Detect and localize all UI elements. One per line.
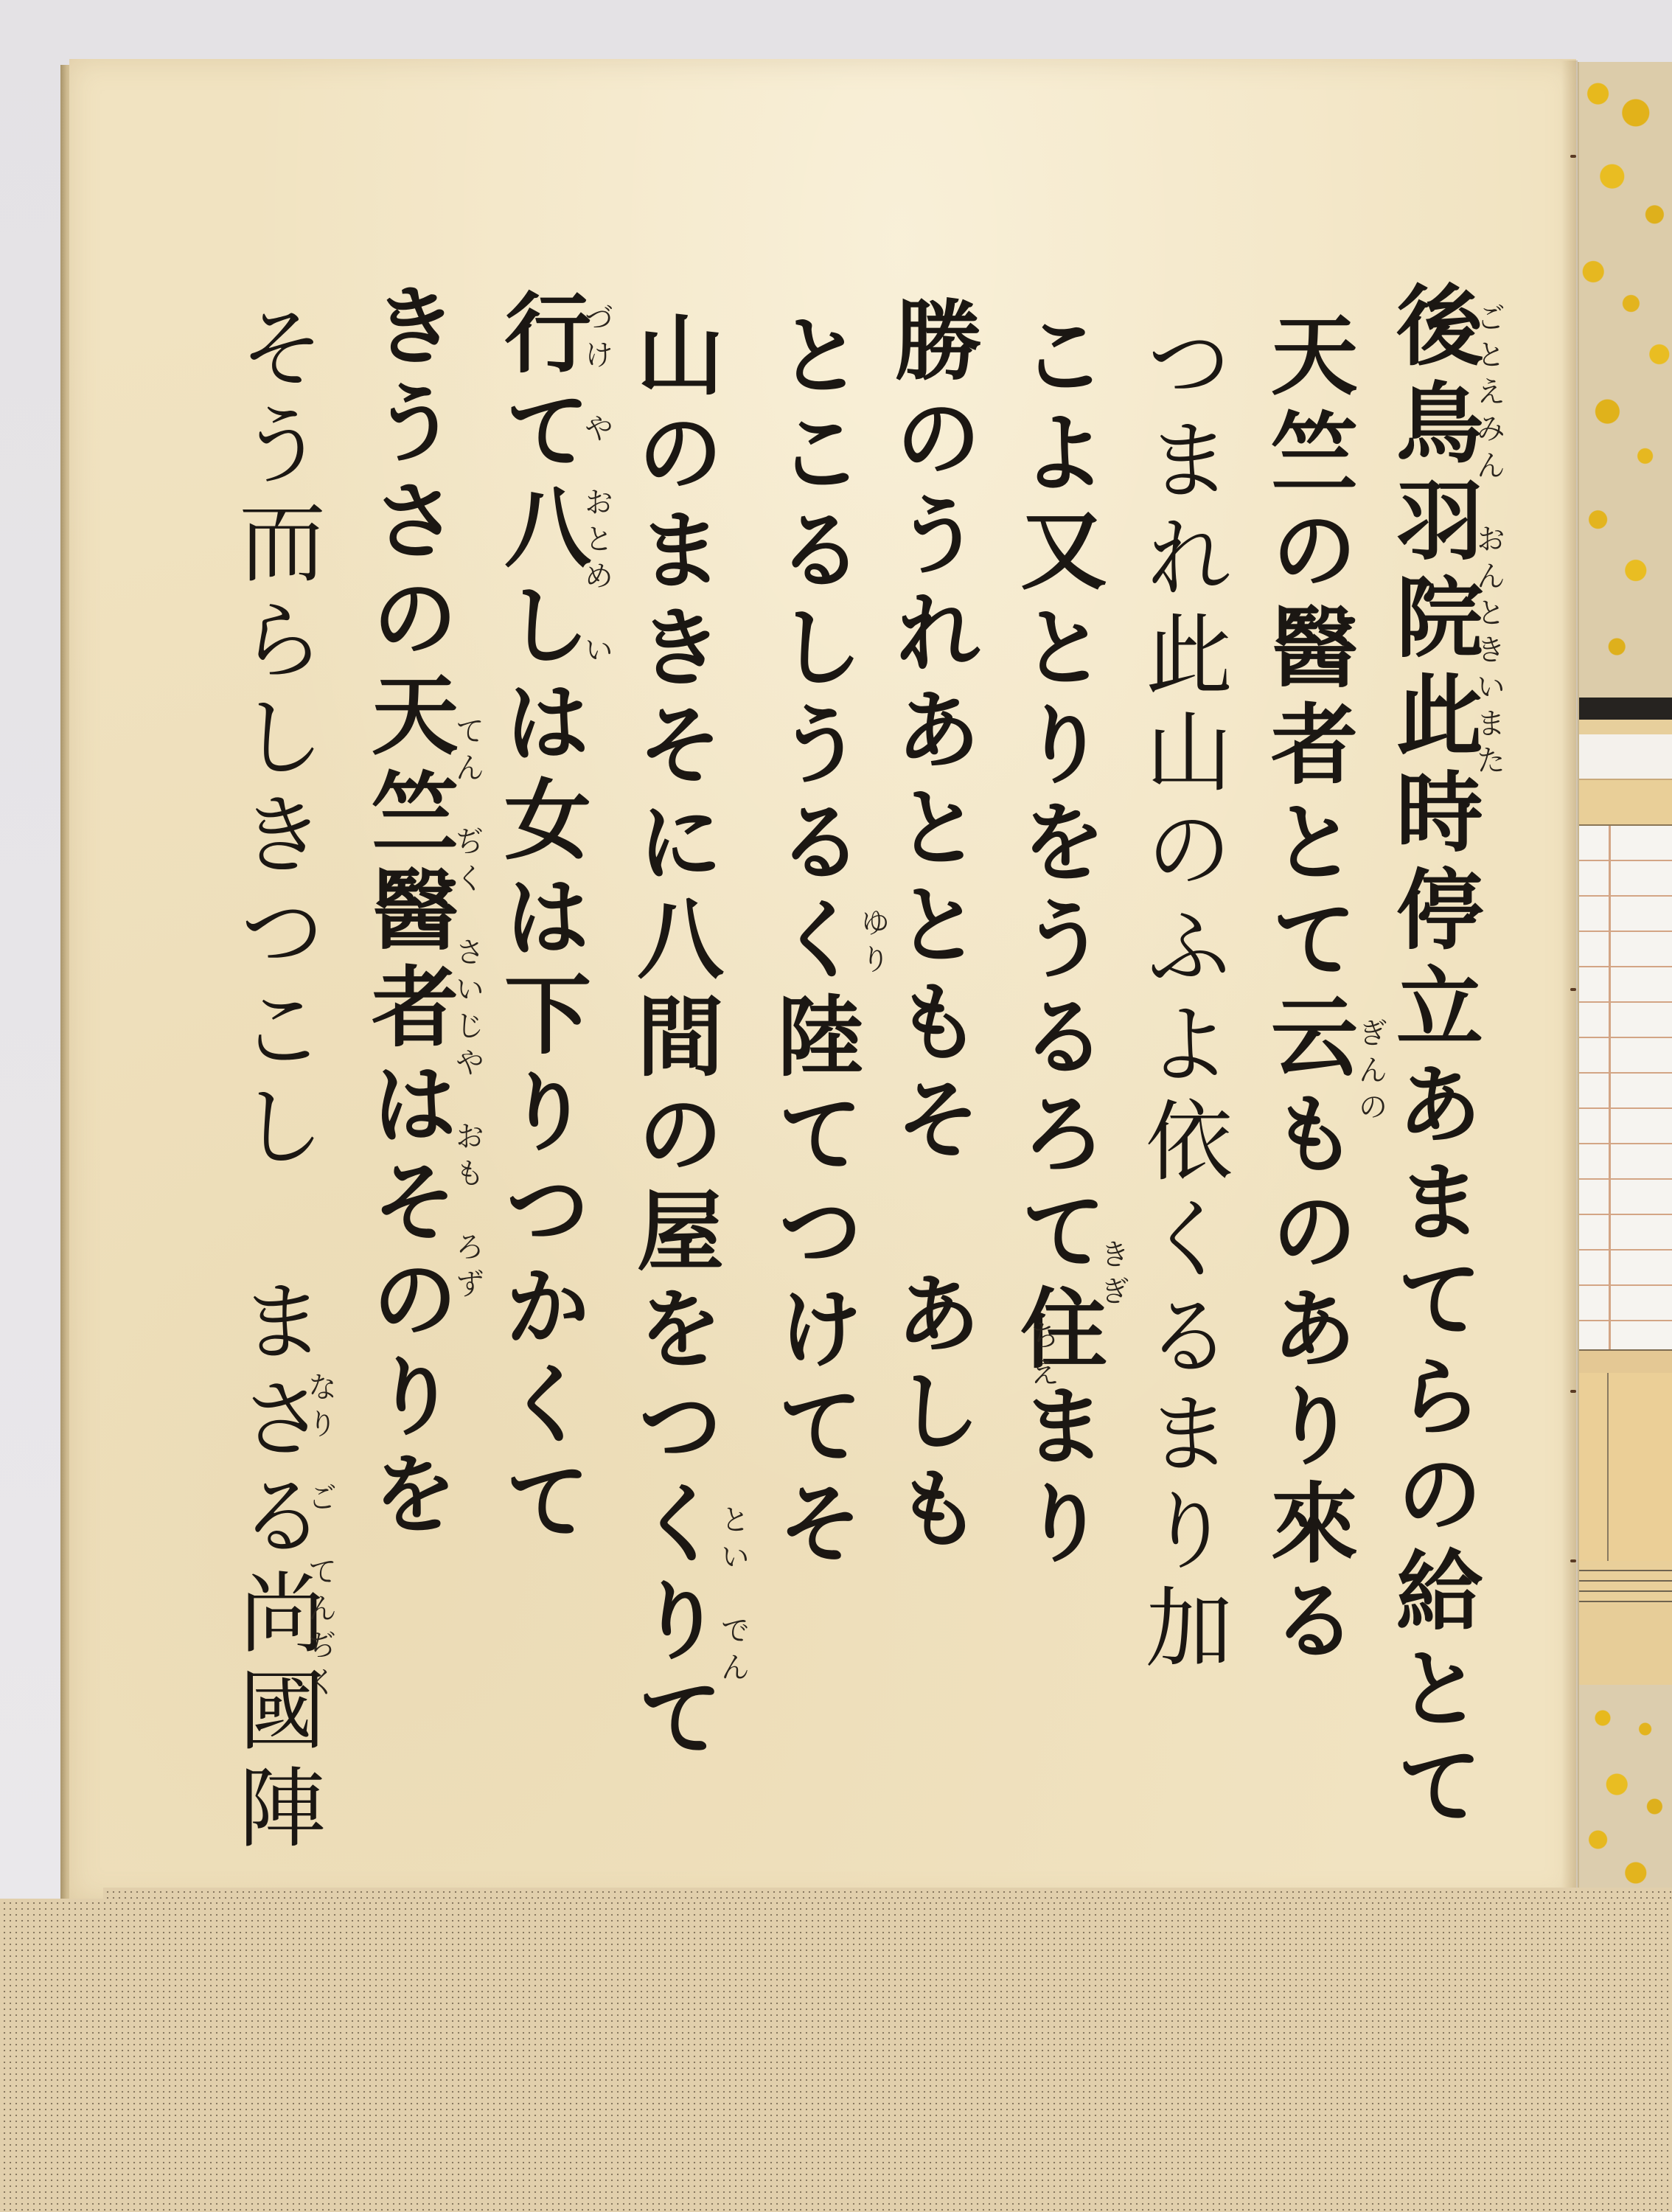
text-column-8: 行て八しは女は下りつかくて [497,288,584,1553]
furigana-column-10: なり ご てんぢく [305,1371,335,1703]
text-column-3: つまれ此山のふよ依くるまり加 [1138,317,1225,1680]
sill [1579,1349,1672,1374]
furigana-column-2: ぎんの [1356,1018,1385,1128]
furigana-column-8: づけ や おとめ い [582,302,611,671]
furigana-column-5: ちえ [1028,1320,1057,1394]
illustration-panel [1578,62,1672,1905]
upper-rail [1579,780,1672,826]
furigana-column-1: ごとえみん おんときいまた [1474,302,1503,782]
dotted-overlay-step [103,1888,1672,1899]
floor-rails [1579,1561,1672,1604]
lower-wall [1579,1604,1672,1685]
text-column-9: きうさの天竺醫者はそのりを [364,280,451,1545]
text-column-6: とこるしうるく陸てつけてそ [770,310,857,1575]
text-column-5: 勝のうれあとともそ あしも [888,295,975,1560]
dotted-overlay [0,1899,1672,2212]
black-beam [1579,698,1672,720]
text-column-7: 山のまきそに八間の屋をつくりて [630,310,717,1770]
text-column-2: 天竺の醫者とて云ものあり來る [1264,310,1351,1672]
wall-panel [1579,1373,1672,1561]
shoji-screen [1579,826,1672,1349]
furigana-column-4: きぎ [1098,1239,1127,1312]
furigana-column-9: てん ぢく さいじや おも ろず [453,715,482,1305]
gold-leaf-clouds-bottom [1579,1685,1672,1905]
furigana-column-7: とい でん [718,1504,748,1688]
text-column-1: 後鳥羽院此時停立あまてらの給とて [1389,280,1476,1837]
transom-panel [1579,734,1672,780]
furigana-column-6: ゆり [858,907,888,981]
lintel-band [1579,720,1672,734]
calligraphy-text: 後鳥羽院此時停立あまてらの給とて ごとえみん おんときいまた 天竺の醫者とて云も… [69,59,1576,1902]
gold-leaf-clouds-top [1579,62,1672,698]
